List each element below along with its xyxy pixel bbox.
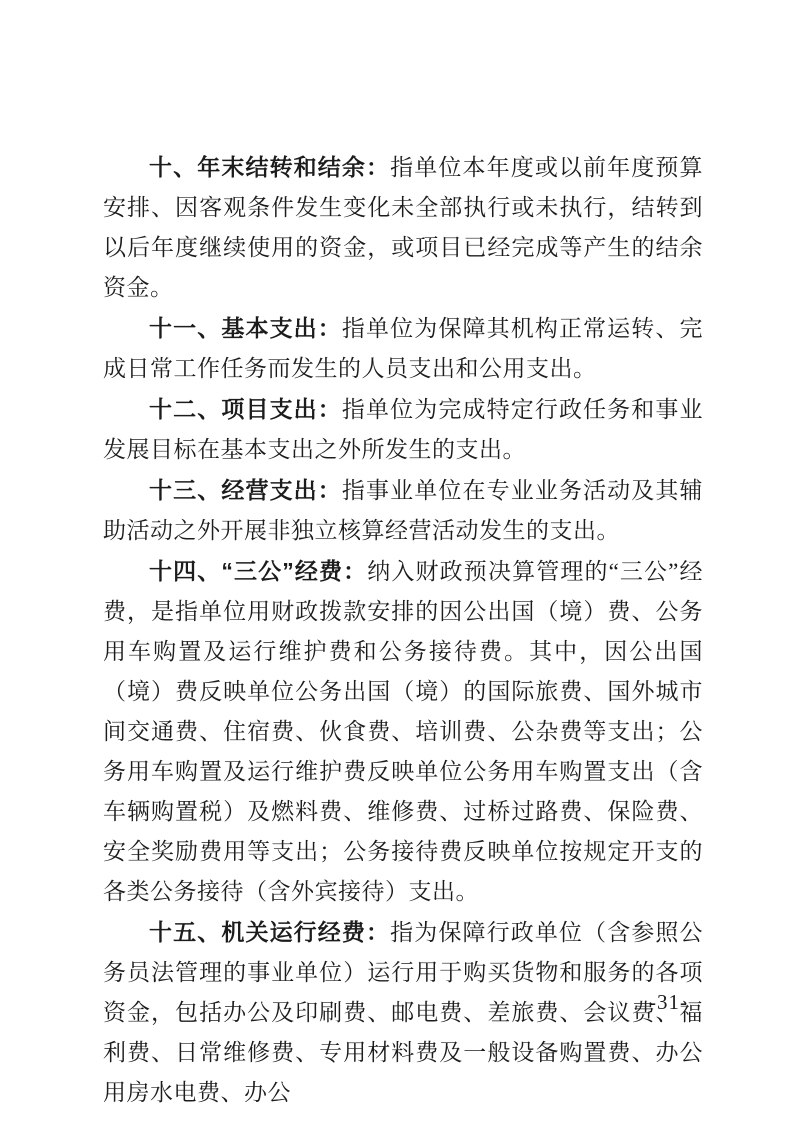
definition-paragraph: 十、年末结转和结余：指单位本年度或以前年度预算安排、因客观条件发生变化未全部执行…	[103, 147, 703, 308]
definition-term: 十五、机关运行经费：	[149, 919, 390, 945]
definition-term: 十三、经营支出：	[149, 477, 342, 503]
definition-paragraph: 十三、经营支出：指事业单位在专业业务活动及其辅助活动之外开展非独立核算经营活动发…	[103, 470, 703, 551]
definition-paragraph: 十五、机关运行经费：指为保障行政单位（含参照公务员法管理的事业单位）运行用于购买…	[103, 912, 703, 1113]
definition-paragraph: 十四、“三公”经费：纳入财政预决算管理的“三公”经费，是指单位用财政拨款安排的因…	[103, 551, 703, 912]
definition-term: 十四、“三公”经费：	[149, 558, 367, 584]
definition-term: 十一、基本支出：	[149, 315, 342, 341]
document-body: 十、年末结转和结余：指单位本年度或以前年度预算安排、因客观条件发生变化未全部执行…	[103, 147, 703, 1113]
definition-paragraph: 十一、基本支出：指单位为保障其机构正常运转、完成日常工作任务而发生的人员支出和公…	[103, 308, 703, 389]
definition-paragraph: 十二、项目支出：指单位为完成特定行政任务和事业发展目标在基本支出之外所发生的支出…	[103, 389, 703, 470]
document-page: 十、年末结转和结余：指单位本年度或以前年度预算安排、因客观条件发生变化未全部执行…	[0, 0, 794, 1122]
page-number: -31-	[649, 990, 688, 1014]
definition-text: 纳入财政预决算管理的“三公”经费，是指单位用财政拨款安排的因公出国（境）费、公务…	[103, 559, 703, 904]
definition-term: 十二、项目支出：	[149, 396, 342, 422]
definition-term: 十、年末结转和结余：	[149, 154, 390, 180]
definition-text: 指为保障行政单位（含参照公务员法管理的事业单位）运行用于购买货物和服务的各项资金…	[103, 920, 703, 1105]
